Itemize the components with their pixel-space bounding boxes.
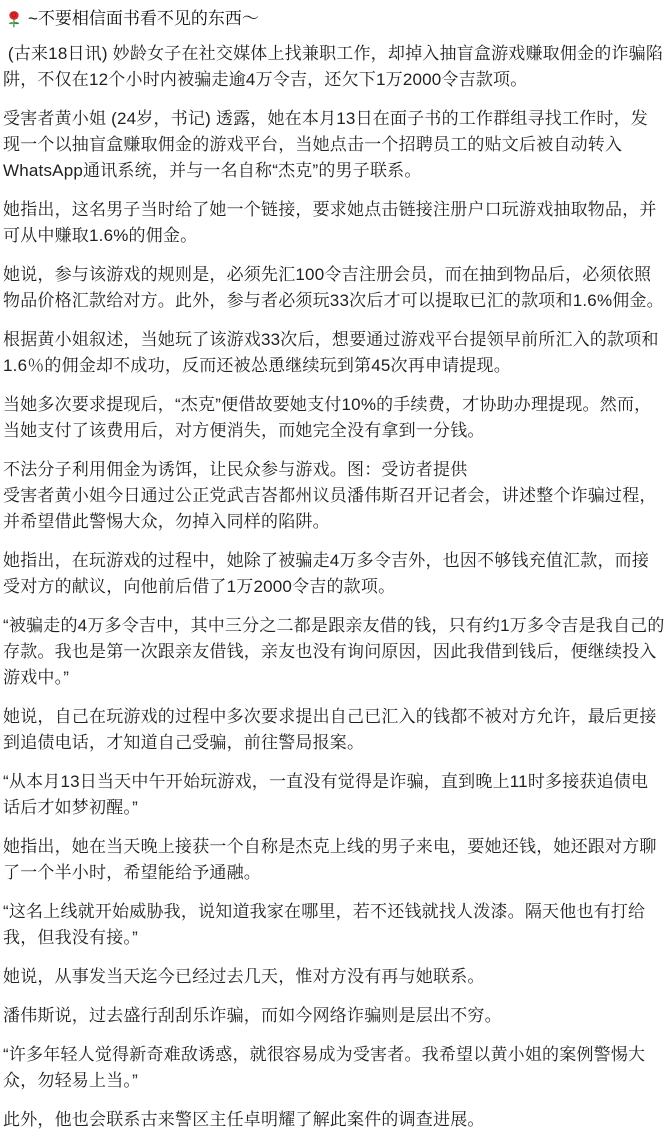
article-body: (古来18日讯) 妙龄女子在社交媒体上找兼职工作，却掉入抽盲盒游戏赚取佣金的诈骗… <box>3 41 665 1133</box>
article-paragraph: 受害者黄小姐 (24岁，书记) 透露，她在本月13日在面子书的工作群组寻找工作时… <box>3 106 665 184</box>
post-title: ~不要相信面书看不见的东西～ <box>5 8 665 30</box>
article-paragraph-quote: “这名上线就开始威胁我，说知道我家在哪里，若不还钱就找人泼漆。隔天他也有打给我，… <box>3 899 665 951</box>
article-paragraph-photo-caption: 不法分子利用佣金为诱饵，让民众参与游戏。图：受访者提供 受害者黄小姐今日通过公正… <box>3 457 665 535</box>
article-paragraph: 潘伟斯说，过去盛行刮刮乐诈骗，而如今网络诈骗则是层出不穷。 <box>3 1003 665 1029</box>
article-paragraph: 她说，自己在玩游戏的过程中多次要求提出自己已汇入的钱都不被对方允许，最后更接到追… <box>3 704 665 756</box>
article: ~不要相信面书看不见的东西～ (古来18日讯) 妙龄女子在社交媒体上找兼职工作，… <box>0 0 669 1143</box>
rose-icon <box>5 10 23 28</box>
article-paragraph-quote: “从本月13日当天中午开始玩游戏，一直没有觉得是诈骗，直到晚上11时多接获追债电… <box>3 769 665 821</box>
article-paragraph: 此外，他也会联系古来警区主任卓明耀了解此案件的调查进展。 <box>3 1107 665 1133</box>
article-paragraph: 当她多次要求提现后，“杰克”便借故要她支付10%的手续费，才协助办理提现。然而，… <box>3 392 665 444</box>
article-paragraph-quote: “许多年轻人觉得新奇难敌诱惑，就很容易成为受害者。我希望以黄小姐的案例警惕大众，… <box>3 1042 665 1094</box>
article-paragraph: 她指出，她在当天晚上接获一个自称是杰克上线的男子来电，要她还钱，她还跟对方聊了一… <box>3 834 665 886</box>
article-paragraph: 她指出，这名男子当时给了她一个链接，要求她点击链接注册户口玩游戏抽取物品，并可从… <box>3 197 665 249</box>
article-paragraph-lede: (古来18日讯) 妙龄女子在社交媒体上找兼职工作，却掉入抽盲盒游戏赚取佣金的诈骗… <box>3 41 665 93</box>
post-title-text: ~不要相信面书看不见的东西～ <box>28 8 259 30</box>
article-paragraph: 根据黄小姐叙述，当她玩了该游戏33次后，想要通过游戏平台提领早前所汇入的款项和1… <box>3 327 665 379</box>
article-paragraph: 她说，参与该游戏的规则是，必须先汇100令吉注册会员，而在抽到物品后，必须依照物… <box>3 262 665 314</box>
article-paragraph: 她说，从事发当天迄今已经过去几天，惟对方没有再与她联系。 <box>3 964 665 990</box>
article-paragraph: 她指出，在玩游戏的过程中，她除了被骗走4万多令吉外，也因不够钱充值汇款，而接受对… <box>3 548 665 600</box>
article-paragraph-quote: “被骗走的4万多令吉中，其中三分之二都是跟亲友借的钱，只有约1万多令吉是我自己的… <box>3 613 665 691</box>
